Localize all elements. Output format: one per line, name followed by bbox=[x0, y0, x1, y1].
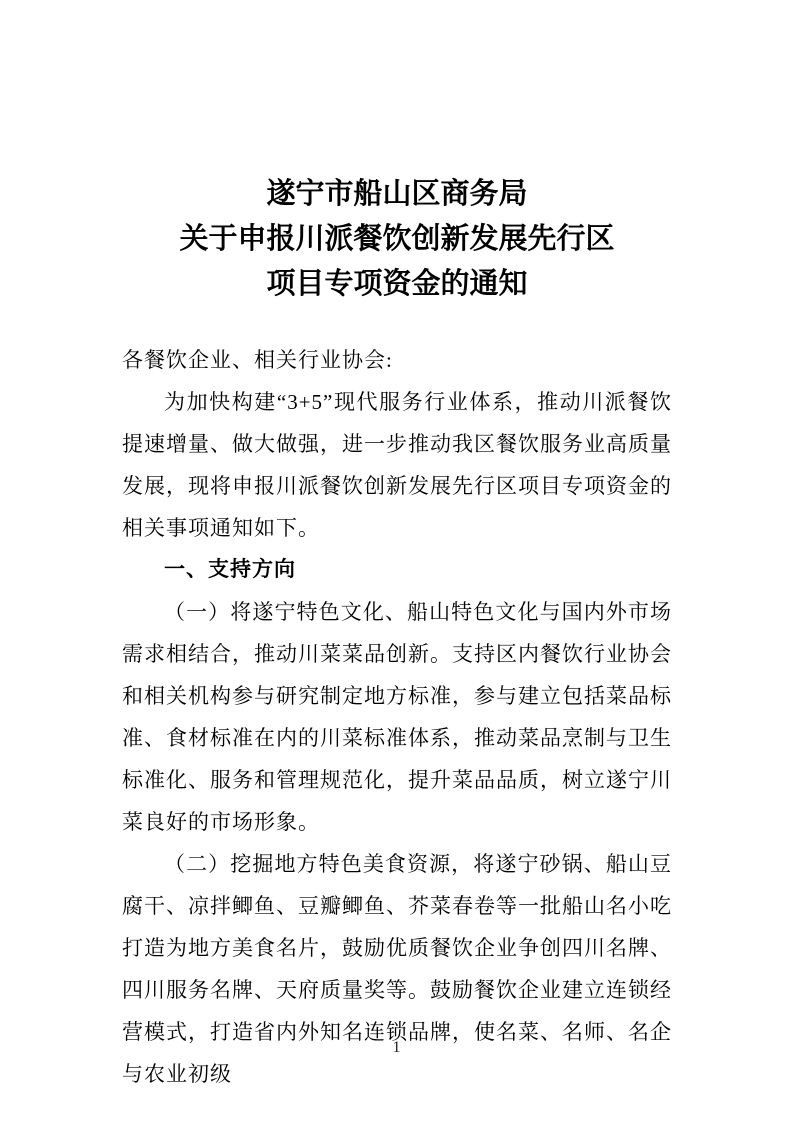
section-1-paragraph-1: （一）将遂宁特色文化、船山特色文化与国内外市场需求相结合，推动川菜菜品创新。支持… bbox=[122, 591, 672, 843]
salutation: 各餐饮企业、相关行业协会: bbox=[122, 339, 672, 381]
title-line-2: 关于申报川派餐饮创新发展先行区 bbox=[122, 217, 672, 262]
document-title: 遂宁市船山区商务局 关于申报川派餐饮创新发展先行区 项目专项资金的通知 bbox=[122, 172, 672, 307]
section-1-heading: 一、支持方向 bbox=[122, 549, 672, 591]
title-line-1: 遂宁市船山区商务局 bbox=[122, 172, 672, 217]
title-line-3: 项目专项资金的通知 bbox=[122, 262, 672, 307]
intro-paragraph: 为加快构建“3+5”现代服务行业体系，推动川派餐饮提速增量、做大做强，进一步推动… bbox=[122, 381, 672, 549]
document-page: 遂宁市船山区商务局 关于申报川派餐饮创新发展先行区 项目专项资金的通知 各餐饮企… bbox=[0, 0, 793, 1122]
page-number: 1 bbox=[0, 1037, 793, 1059]
document-body: 各餐饮企业、相关行业协会: 为加快构建“3+5”现代服务行业体系，推动川派餐饮提… bbox=[122, 339, 672, 1095]
